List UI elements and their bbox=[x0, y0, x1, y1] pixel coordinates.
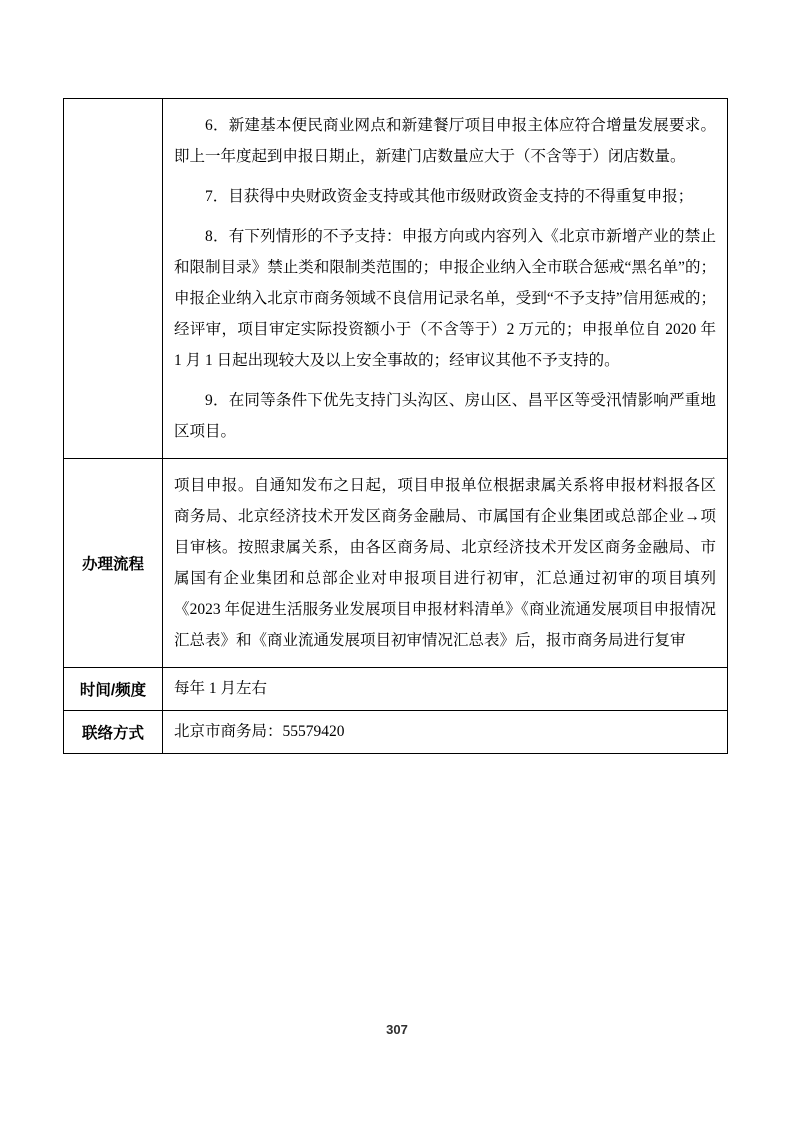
paragraph: 8．有下列情形的不予支持：申报方向或内容列入《北京市新增产业的禁止和限制目录》禁… bbox=[174, 221, 716, 376]
row-content-cell: 北京市商务局：55579420 bbox=[163, 711, 728, 754]
paragraph: 9．在同等条件下优先支持门头沟区、房山区、昌平区等受汛情影响严重地区项目。 bbox=[174, 385, 716, 447]
paragraph: 项目申报。自通知发布之日起，项目申报单位根据隶属关系将申报材料报各区商务局、北京… bbox=[174, 470, 716, 656]
document-page: 6．新建基本便民商业网点和新建餐厅项目申报主体应符合增量发展要求。即上一年度起到… bbox=[0, 0, 794, 1123]
row-label-contact: 联络方式 bbox=[64, 711, 163, 754]
table-row: 6．新建基本便民商业网点和新建餐厅项目申报主体应符合增量发展要求。即上一年度起到… bbox=[64, 99, 728, 459]
row-content-cell: 每年 1 月左右 bbox=[163, 668, 728, 711]
page-number: 307 bbox=[0, 1022, 794, 1037]
paragraph: 北京市商务局：55579420 bbox=[174, 722, 716, 742]
row-label-cell bbox=[64, 99, 163, 459]
paragraph: 6．新建基本便民商业网点和新建餐厅项目申报主体应符合增量发展要求。即上一年度起到… bbox=[174, 110, 716, 172]
table-row: 时间/频度 每年 1 月左右 bbox=[64, 668, 728, 711]
table-row: 办理流程 项目申报。自通知发布之日起，项目申报单位根据隶属关系将申报材料报各区商… bbox=[64, 459, 728, 668]
table-row: 联络方式 北京市商务局：55579420 bbox=[64, 711, 728, 754]
paragraph: 每年 1 月左右 bbox=[174, 679, 716, 699]
row-label-process: 办理流程 bbox=[64, 459, 163, 668]
paragraph: 7．目获得中央财政资金支持或其他市级财政资金支持的不得重复申报； bbox=[174, 181, 716, 212]
row-label-time-frequency: 时间/频度 bbox=[64, 668, 163, 711]
row-content-cell: 项目申报。自通知发布之日起，项目申报单位根据隶属关系将申报材料报各区商务局、北京… bbox=[163, 459, 728, 668]
info-table: 6．新建基本便民商业网点和新建餐厅项目申报主体应符合增量发展要求。即上一年度起到… bbox=[63, 98, 728, 754]
row-content-cell: 6．新建基本便民商业网点和新建餐厅项目申报主体应符合增量发展要求。即上一年度起到… bbox=[163, 99, 728, 459]
